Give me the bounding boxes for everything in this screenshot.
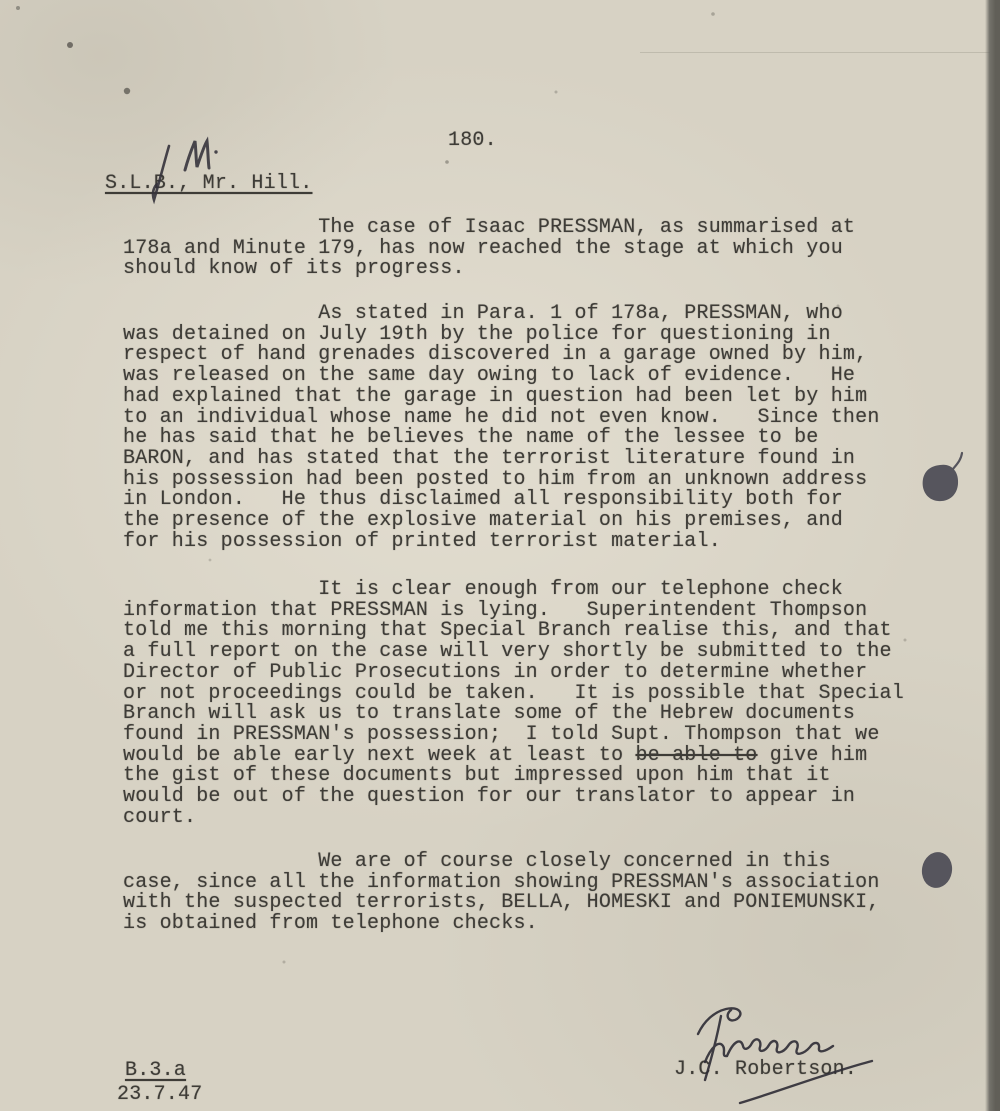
handwritten-initials-mark [185, 141, 218, 170]
handwritten-marks-layer [0, 0, 1000, 1111]
page-number: 180. [448, 131, 497, 152]
paragraph-2: As stated in Para. 1 of 178a, PRESSMAN, … [123, 304, 880, 552]
reference-number: B.3.a [125, 1061, 186, 1082]
date-line: 23.7.47 [117, 1085, 202, 1106]
signature-scrawl [698, 1008, 872, 1103]
ink-blob-top [923, 453, 962, 501]
recipient-line: S.L.B., Mr. Hill. [105, 174, 312, 195]
paragraph-3: It is clear enough from our telephone ch… [123, 580, 904, 828]
document-page: 180. S.L.B., Mr. Hill. The case of Isaac… [0, 0, 1000, 1111]
paragraph-1: The case of Isaac PRESSMAN, as summarise… [123, 218, 855, 280]
paragraph-3-text: It is clear enough from our telephone ch… [123, 578, 904, 767]
paragraph-4: We are of course closely concerned in th… [123, 852, 880, 935]
scan-edge [985, 0, 1000, 1111]
paper-crease [640, 52, 990, 53]
ink-blob-bottom [919, 850, 955, 891]
typed-signature-name: J.C. Robertson. [674, 1060, 857, 1081]
